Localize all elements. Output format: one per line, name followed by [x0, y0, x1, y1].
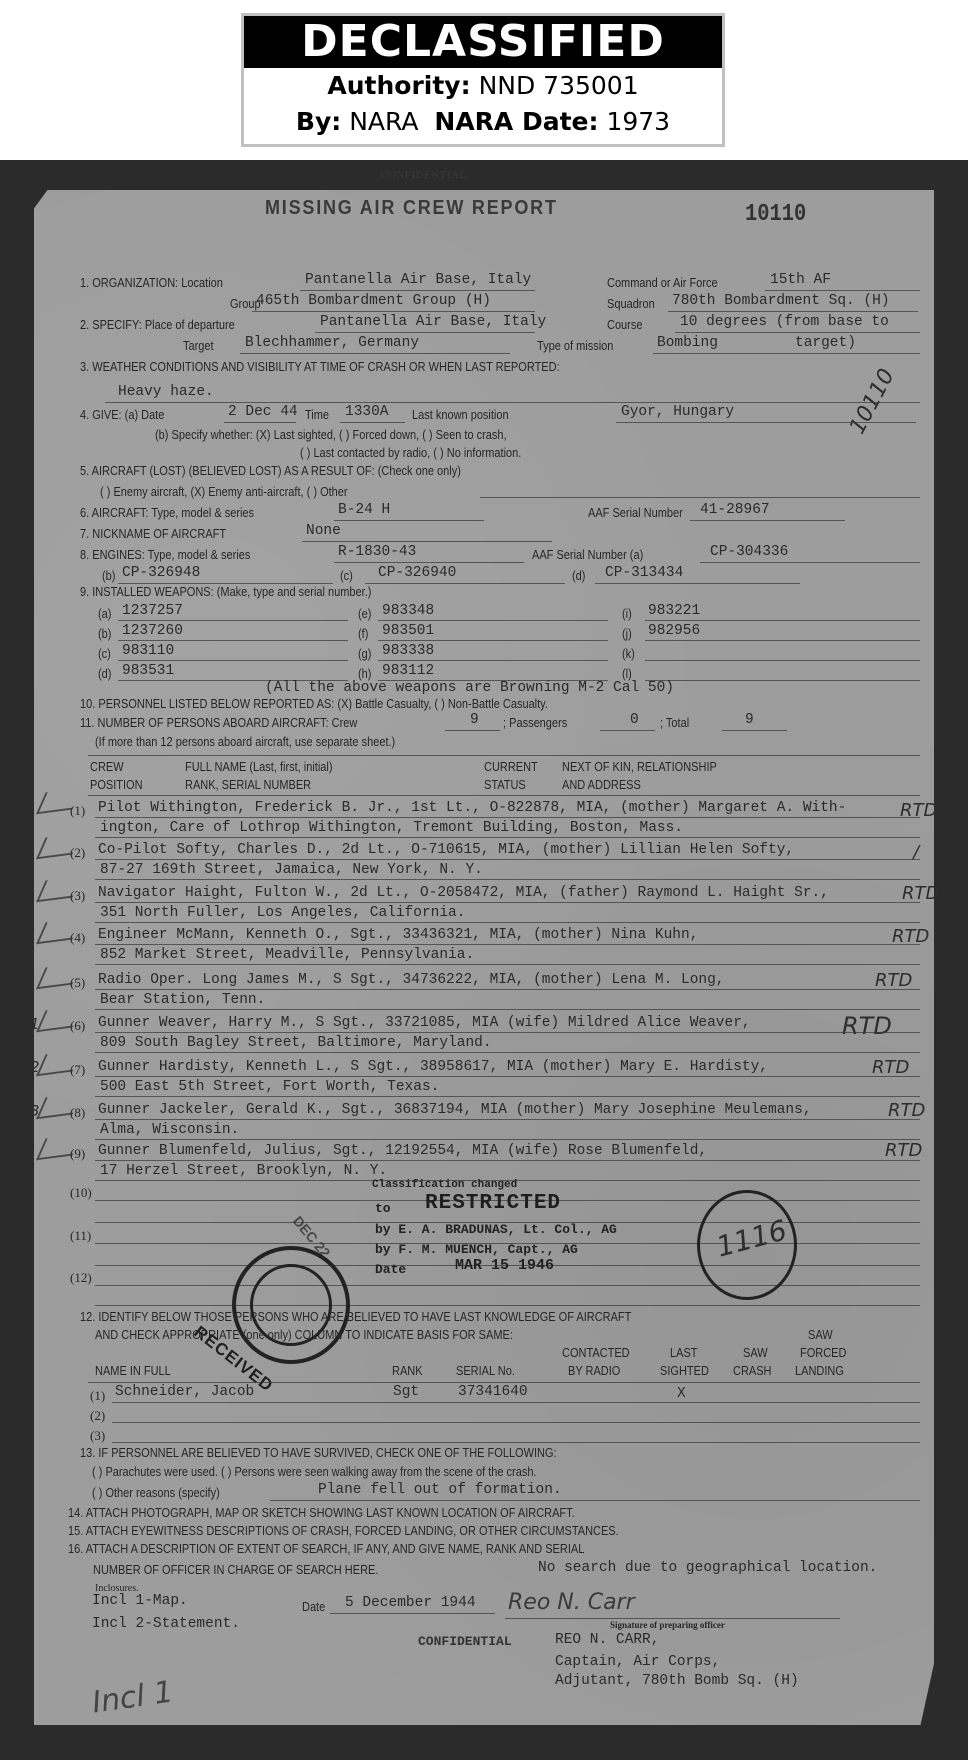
weapon-serial: 1237257 — [122, 603, 183, 619]
weapon-key: (h) — [358, 667, 371, 681]
authority-line: Authority: NND 735001 — [244, 68, 722, 104]
item2-mission: Bombing — [657, 335, 718, 351]
item8-serial-label: AAF Serial Number (a) — [532, 548, 643, 562]
margin-note: RTD — [888, 1100, 925, 1121]
inclosure-1: Incl 1-Map. — [92, 1593, 188, 1609]
checkbox-seen-crash[interactable]: ( ) Seen to crash, — [422, 428, 506, 442]
col-radio-2: BY RADIO — [568, 1364, 620, 1378]
item4-specify: (b) Specify whether: (X) Last sighted, (… — [155, 428, 507, 442]
item1-squadron-label: Squadron — [607, 297, 655, 311]
col-name: NAME IN FULL — [95, 1364, 171, 1378]
footer-date: 5 December 1944 — [345, 1595, 476, 1611]
item8-d-label: (d) — [572, 569, 585, 583]
declassified-banner: DECLASSIFIED Authority: NND 735001 By: N… — [241, 13, 725, 147]
margin-mark: 1 — [30, 1015, 40, 1033]
inclosure-2: Incl 2-Statement. — [92, 1616, 240, 1632]
weapon-serial: 983112 — [382, 663, 434, 679]
crew-row-empty: (11) — [70, 1228, 91, 1244]
officer-name: REO N. CARR, — [555, 1632, 659, 1648]
weapon-serial: 983348 — [382, 603, 434, 619]
item3-label: 3. WEATHER CONDITIONS AND VISIBILITY AT … — [80, 360, 560, 374]
item16-label-1: 16. ATTACH A DESCRIPTION OF EXTENT OF SE… — [68, 1542, 584, 1556]
item7-label: 7. NICKNAME OF AIRCRAFT — [80, 527, 226, 541]
item6-type: B-24 H — [338, 502, 390, 518]
item12-label-2: AND CHECK APPROPRIATE (one only) COLUMN … — [95, 1328, 513, 1342]
weapon-key: (b) — [98, 627, 111, 641]
margin-note: RTD — [902, 883, 939, 904]
checkbox-enemy-aircraft[interactable]: ( ) Enemy aircraft, — [100, 485, 187, 499]
item1-squadron: 780th Bombardment Sq. (H) — [672, 293, 890, 309]
col-rank: RANK — [392, 1364, 423, 1378]
crew-row-empty: (10) — [70, 1185, 92, 1201]
item8-serial-d: CP-313434 — [605, 565, 683, 581]
item8-serial-c: CP-326940 — [378, 565, 456, 581]
crew-header-position-2: POSITION — [90, 778, 143, 792]
item11-note: (If more than 12 persons aboard aircraft… — [95, 735, 395, 749]
item2-departure: Pantanella Air Base, Italy — [320, 314, 546, 330]
witness-row: (2) — [90, 1408, 105, 1424]
weapon-key: (f) — [358, 627, 368, 641]
stamp-by-2: by F. M. MUENCH, Capt., AG — [375, 1242, 578, 1257]
item1-group: 465th Bombardment Group (H) — [256, 293, 491, 309]
item16-label-2: NUMBER OF OFFICER IN CHARGE OF SEARCH HE… — [93, 1563, 378, 1577]
crew-header-name-1: FULL NAME (Last, first, initial) — [185, 760, 333, 774]
crew-header-kin-1: NEXT OF KIN, RELATIONSHIP — [562, 760, 717, 774]
weapon-serial: 1237260 — [122, 623, 183, 639]
checkbox-forced-down[interactable]: ( ) Forced down, — [339, 428, 419, 442]
item8-type: R-1830-43 — [338, 544, 416, 560]
item4-label: 4. GIVE: (a) Date — [80, 408, 164, 422]
item11-passengers: 0 — [630, 712, 639, 728]
item10-label: 10. PERSONNEL LISTED BELOW REPORTED AS: … — [80, 697, 548, 711]
received-seal-icon — [232, 1246, 350, 1364]
crew-header-status-1: CURRENT — [484, 760, 538, 774]
item8-c-label: (c) — [340, 569, 353, 583]
margin-note: RTD — [842, 1012, 892, 1040]
margin-mark: 3 — [30, 1102, 40, 1120]
officer-signature: Reo N. Carr — [508, 1590, 635, 1615]
declassified-heading: DECLASSIFIED — [244, 16, 722, 68]
item1-label: 1. ORGANIZATION: Location — [80, 276, 223, 290]
checkbox-non-battle[interactable]: ( ) Non-Battle Casualty. — [434, 697, 548, 711]
checkbox-other[interactable]: ( ) Other — [307, 485, 348, 499]
item8-serial-a: CP-304336 — [710, 544, 788, 560]
item11-label: 11. NUMBER OF PERSONS ABOARD AIRCRAFT: C… — [80, 716, 357, 730]
checkbox-other-reasons[interactable]: ( ) Other reasons (specify) — [92, 1486, 220, 1500]
report-number: 10110 — [745, 201, 806, 228]
weapon-serial: 982956 — [648, 623, 700, 639]
nara-line: By: NARA NARA Date: 1973 — [244, 104, 722, 140]
margin-note: RTD — [875, 970, 912, 991]
item6-serial: 41-28967 — [700, 502, 770, 518]
item11-total: 9 — [745, 712, 754, 728]
col-sighted-2: SIGHTED — [660, 1364, 709, 1378]
item8-label: 8. ENGINES: Type, model & series — [80, 548, 250, 562]
item4-position-label: Last known position — [412, 408, 509, 422]
item4-time: 1330A — [345, 404, 389, 420]
weapons-note: (All the above weapons are Browning M-2 … — [265, 680, 674, 696]
margin-mark: 2 — [30, 1058, 40, 1076]
signature-label: Signature of preparing officer — [610, 1620, 725, 1630]
item1-location: Pantanella Air Base, Italy — [305, 272, 531, 288]
item15-label: 15. ATTACH EYEWITNESS DESCRIPTIONS OF CR… — [68, 1524, 619, 1538]
item16-value: No search due to geographical location. — [538, 1560, 877, 1576]
weapon-key: (k) — [622, 647, 635, 661]
weapon-key: (c) — [98, 647, 111, 661]
item9-label: 9. INSTALLED WEAPONS: (Make, type and se… — [80, 585, 371, 599]
item5-label: 5. AIRCRAFT (LOST) (BELIEVED LOST) AS A … — [80, 464, 461, 478]
item4-specify-2: ( ) Last contacted by radio, ( ) No info… — [300, 446, 521, 460]
margin-note: RTD — [885, 1140, 922, 1161]
item4-time-label: Time — [305, 408, 329, 422]
weapon-key: (g) — [358, 647, 371, 661]
weapon-key: (l) — [622, 667, 632, 681]
col-forced-0: SAW — [808, 1328, 833, 1342]
item4-position: Gyor, Hungary — [621, 404, 734, 420]
weapon-serial: 983338 — [382, 643, 434, 659]
weapon-key: (d) — [98, 667, 111, 681]
col-forced-2: LANDING — [795, 1364, 844, 1378]
item2-target: Blechhammer, Germany — [245, 335, 419, 351]
weapon-serial: 983531 — [122, 663, 174, 679]
item2-course-cont: target) — [795, 335, 856, 351]
crew-header-status-2: STATUS — [484, 778, 526, 792]
col-radio-1: CONTACTED — [562, 1346, 630, 1360]
stamp-restricted: RESTRICTED — [425, 1192, 561, 1215]
item13-other-value: Plane fell out of formation. — [318, 1482, 562, 1498]
crew-header-position-1: CREW — [90, 760, 124, 774]
stamp-by-1: by E. A. BRADUNAS, Lt. Col., AG — [375, 1222, 617, 1237]
weapon-key: (i) — [622, 607, 632, 621]
item2-target-label: Target — [183, 339, 214, 353]
weapon-key: (j) — [622, 627, 632, 641]
officer-title-2: Adjutant, 780th Bomb Sq. (H) — [555, 1673, 799, 1689]
classification-top: CONFIDENTIAL — [380, 169, 467, 181]
margin-note: RTD — [872, 1057, 909, 1078]
item2-mission-label: Type of mission — [537, 339, 613, 353]
item1-command: 15th AF — [770, 272, 831, 288]
stamp-date: MAR 15 1946 — [455, 1257, 554, 1274]
crew-header-kin-2: AND ADDRESS — [562, 778, 641, 792]
stamp-classification-changed: Classification changed — [372, 1179, 517, 1191]
checkbox-anti-aircraft[interactable]: (X) Enemy anti-aircraft, — [190, 485, 303, 499]
col-forced-1: FORCED — [800, 1346, 846, 1360]
weapon-serial: 983501 — [382, 623, 434, 639]
checkbox-radio[interactable]: ( ) Last contacted by radio, — [300, 446, 430, 460]
weapon-key: (e) — [358, 607, 371, 621]
col-crash-2: CRASH — [733, 1364, 772, 1378]
classification-bottom: CONFIDENTIAL — [418, 1634, 512, 1649]
item11-crew: 9 — [470, 712, 479, 728]
col-crash-1: SAW — [743, 1346, 768, 1360]
item13-options: ( ) Parachutes were used. ( ) Persons we… — [92, 1465, 536, 1479]
weapon-key: (a) — [98, 607, 111, 621]
checkbox-no-info[interactable]: ( ) No information. — [433, 446, 521, 460]
crew-header-name-2: RANK, SERIAL NUMBER — [185, 778, 311, 792]
item11-total-label: ; Total — [660, 716, 689, 730]
item6-serial-label: AAF Serial Number — [588, 506, 683, 520]
item4-date: 2 Dec 44 — [228, 404, 298, 420]
item14-label: 14. ATTACH PHOTOGRAPH, MAP OR SKETCH SHO… — [68, 1506, 575, 1520]
weapon-serial: 983110 — [122, 643, 174, 659]
checkbox-last-sighted[interactable]: (X) Last sighted, — [256, 428, 336, 442]
item2-label: 2. SPECIFY: Place of departure — [80, 318, 235, 332]
witness-row: (3) — [90, 1428, 105, 1444]
item12-label-1: 12. IDENTIFY BELOW THOSE PERSONS WHO ARE… — [80, 1310, 631, 1324]
stamp-date-label: Date — [375, 1262, 406, 1277]
item7-value: None — [306, 523, 341, 539]
item11-passengers-label: ; Passengers — [503, 716, 567, 730]
item2-course-label: Course — [607, 318, 642, 332]
crew-row-empty: (12) — [70, 1270, 92, 1286]
footer-date-label: Date — [302, 1600, 325, 1614]
page-title: MISSING AIR CREW REPORT — [265, 197, 558, 220]
checkbox-battle[interactable]: (X) Battle Casualty, — [337, 697, 431, 711]
officer-title-1: Captain, Air Corps, — [555, 1654, 720, 1670]
checkbox-parachutes[interactable]: ( ) Parachutes were used. — [92, 1465, 218, 1479]
item1-command-label: Command or Air Force — [607, 276, 718, 290]
item3-value: Heavy haze. — [118, 384, 214, 400]
col-sighted-1: LAST — [670, 1346, 698, 1360]
item5-options: ( ) Enemy aircraft, (X) Enemy anti-aircr… — [100, 485, 348, 499]
col-serial: SERIAL No. — [456, 1364, 515, 1378]
stamp-to: to — [375, 1201, 391, 1216]
item8-b-label: (b) — [102, 569, 115, 583]
item2-course: 10 degrees (from base to — [680, 314, 889, 330]
item8-serial-b: CP-326948 — [122, 565, 200, 581]
item13-label: 13. IF PERSONNEL ARE BELIEVED TO HAVE SU… — [80, 1446, 557, 1460]
item6-label: 6. AIRCRAFT: Type, model & series — [80, 506, 254, 520]
checkbox-walking[interactable]: ( ) Persons were seen walking away from … — [221, 1465, 536, 1479]
weapon-serial: 983221 — [648, 603, 700, 619]
